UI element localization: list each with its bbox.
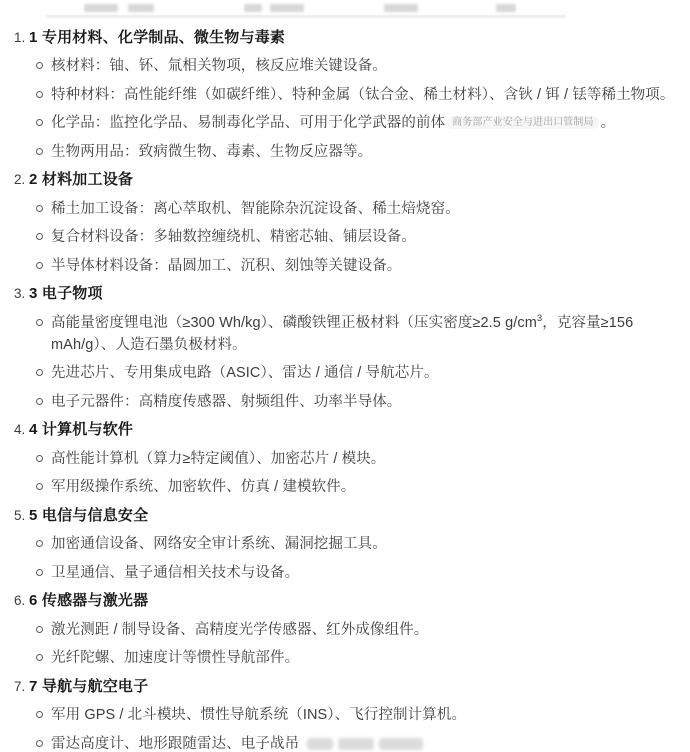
list-item: 雷达高度计、地形跟随雷达、电子战吊: [14, 733, 676, 752]
section-number: 3.: [14, 286, 29, 301]
bullet-icon: [36, 455, 43, 462]
section-number: 6.: [14, 593, 29, 608]
section-number: 2.: [14, 172, 29, 187]
watermark-fragment: [307, 735, 428, 752]
list-item: 生物两用品：致病微生物、毒素、生物反应器等。: [14, 141, 676, 163]
bullet-text: 军用级操作系统、加密软件、仿真 / 建模软件。: [51, 476, 355, 498]
bullet-text: 高能量密度锂电池（≥300 Wh/kg）、磷酸铁锂正极材料（压实密度≥2.5 g…: [51, 312, 676, 356]
bullet-text: 半导体材料设备：晶圆加工、沉积、刻蚀等关键设备。: [51, 255, 401, 277]
bullet-icon: [36, 740, 43, 747]
section-title: 2 材料加工设备: [29, 169, 133, 191]
bullet-text: 先进芯片、专用集成电路（ASIC）、雷达 / 通信 / 导航芯片。: [51, 362, 439, 384]
bullet-icon: [36, 711, 43, 718]
bullet-text: 激光测距 / 制导设备、高精度光学传感器、红外成像组件。: [51, 619, 428, 641]
bullet-text: 高性能计算机（算力≥特定阈值）、加密芯片 / 模块。: [51, 448, 385, 470]
section-title: 6 传感器与激光器: [29, 590, 148, 612]
section-heading: 6. 6 传感器与激光器: [14, 590, 676, 612]
bullet-text-pre: 化学品：监控化学品、易制毒化学品、可用于化学武器的前体: [51, 115, 445, 131]
bullet-icon: [36, 483, 43, 490]
bullet-icon: [36, 319, 43, 326]
section-title: 4 计算机与软件: [29, 419, 133, 441]
bullet-text-post: 。: [601, 115, 616, 131]
bullet-text: 稀土加工设备：离心萃取机、智能除杂沉淀设备、稀土焙烧窑。: [51, 198, 460, 220]
bullet-text: 化学品：监控化学品、易制毒化学品、可用于化学武器的前体商务部产业安全与进出口管制…: [51, 112, 615, 134]
bullet-icon: [36, 626, 43, 633]
list-item: 核材料：铀、钚、氚相关物项，核反应堆关键设备。: [14, 55, 676, 77]
section-heading: 3. 3 电子物项: [14, 283, 676, 305]
list-item: 复合材料设备：多轴数控缠绕机、精密芯轴、铺层设备。: [14, 226, 676, 248]
list-item: 军用 GPS / 北斗模块、惯性导航系统（INS）、飞行控制计算机。: [14, 704, 676, 726]
bullet-icon: [36, 119, 43, 126]
section-number: 4.: [14, 422, 29, 437]
list-item: 卫星通信、量子通信相关技术与设备。: [14, 562, 676, 584]
list-item: 电子元器件：高精度传感器、射频组件、功率半导体。: [14, 391, 676, 413]
section-title: 5 电信与信息安全: [29, 505, 148, 527]
bullet-text: 复合材料设备：多轴数控缠绕机、精密芯轴、铺层设备。: [51, 226, 416, 248]
watermark-blob: [338, 738, 374, 750]
bullet-text-pre: 高能量密度锂电池（≥300 Wh/kg）、磷酸铁锂正极材料（压实密度≥2.5 g…: [51, 315, 537, 331]
export-control-list: 1. 1 专用材料、化学制品、微生物与毒素 核材料：铀、钚、氚相关物项，核反应堆…: [0, 0, 690, 752]
section-heading: 1. 1 专用材料、化学制品、微生物与毒素: [14, 27, 676, 49]
bullet-icon: [36, 569, 43, 576]
bullet-icon: [36, 205, 43, 212]
section-heading: 7. 7 导航与航空电子: [14, 676, 676, 698]
bullet-text: 加密通信设备、网络安全审计系统、漏洞挖掘工具。: [51, 533, 387, 555]
bullet-text: 雷达高度计、地形跟随雷达、电子战吊: [51, 733, 428, 752]
bullet-icon: [36, 91, 43, 98]
bullet-text: 军用 GPS / 北斗模块、惯性导航系统（INS）、飞行控制计算机。: [51, 704, 466, 726]
bullet-text: 卫星通信、量子通信相关技术与设备。: [51, 562, 299, 584]
section-heading: 2. 2 材料加工设备: [14, 169, 676, 191]
list-item: 加密通信设备、网络安全审计系统、漏洞挖掘工具。: [14, 533, 676, 555]
section-title: 3 电子物项: [29, 283, 103, 305]
list-item: 军用级操作系统、加密软件、仿真 / 建模软件。: [14, 476, 676, 498]
list-item: 半导体材料设备：晶圆加工、沉积、刻蚀等关键设备。: [14, 255, 676, 277]
bullet-text: 生物两用品：致病微生物、毒素、生物反应器等。: [51, 141, 372, 163]
list-item: 高能量密度锂电池（≥300 Wh/kg）、磷酸铁锂正极材料（压实密度≥2.5 g…: [14, 312, 676, 356]
list-item: 激光测距 / 制导设备、高精度光学传感器、红外成像组件。: [14, 619, 676, 641]
bullet-text: 光纤陀螺、加速度计等惯性导航部件。: [51, 647, 299, 669]
bullet-text: 特种材料：高性能纤维（如碳纤维）、特种金属（钛合金、稀土材料）、含钬 / 铒 /…: [51, 84, 674, 106]
bullet-icon: [36, 62, 43, 69]
list-item: 稀土加工设备：离心萃取机、智能除杂沉淀设备、稀土焙烧窑。: [14, 198, 676, 220]
document-page: 1. 1 专用材料、化学制品、微生物与毒素 核材料：铀、钚、氚相关物项，核反应堆…: [0, 0, 690, 752]
list-item: 特种材料：高性能纤维（如碳纤维）、特种金属（钛合金、稀土材料）、含钬 / 铒 /…: [14, 84, 676, 106]
bullet-icon: [36, 369, 43, 376]
bullet-icon: [36, 148, 43, 155]
section-number: 1.: [14, 30, 29, 45]
list-item: 化学品：监控化学品、易制毒化学品、可用于化学武器的前体商务部产业安全与进出口管制…: [14, 112, 676, 134]
watermark-blob: [379, 738, 423, 750]
bullet-icon: [36, 540, 43, 547]
bullet-icon: [36, 654, 43, 661]
section-number: 5.: [14, 508, 29, 523]
bullet-icon: [36, 262, 43, 269]
bullet-icon: [36, 233, 43, 240]
list-item: 光纤陀螺、加速度计等惯性导航部件。: [14, 647, 676, 669]
section-heading: 4. 4 计算机与软件: [14, 419, 676, 441]
bullet-icon: [36, 398, 43, 405]
section-title: 7 导航与航空电子: [29, 676, 148, 698]
citation-chip[interactable]: 商务部产业安全与进出口管制局: [447, 116, 598, 129]
bullet-text-pre: 雷达高度计、地形跟随雷达、电子战吊: [51, 736, 299, 752]
list-item: 高性能计算机（算力≥特定阈值）、加密芯片 / 模块。: [14, 448, 676, 470]
watermark-blob: [307, 738, 333, 750]
section-heading: 5. 5 电信与信息安全: [14, 505, 676, 527]
section-title: 1 专用材料、化学制品、微生物与毒素: [29, 27, 285, 49]
section-number: 7.: [14, 679, 29, 694]
list-item: 先进芯片、专用集成电路（ASIC）、雷达 / 通信 / 导航芯片。: [14, 362, 676, 384]
bullet-text: 核材料：铀、钚、氚相关物项，核反应堆关键设备。: [51, 55, 387, 77]
bullet-text: 电子元器件：高精度传感器、射频组件、功率半导体。: [51, 391, 401, 413]
